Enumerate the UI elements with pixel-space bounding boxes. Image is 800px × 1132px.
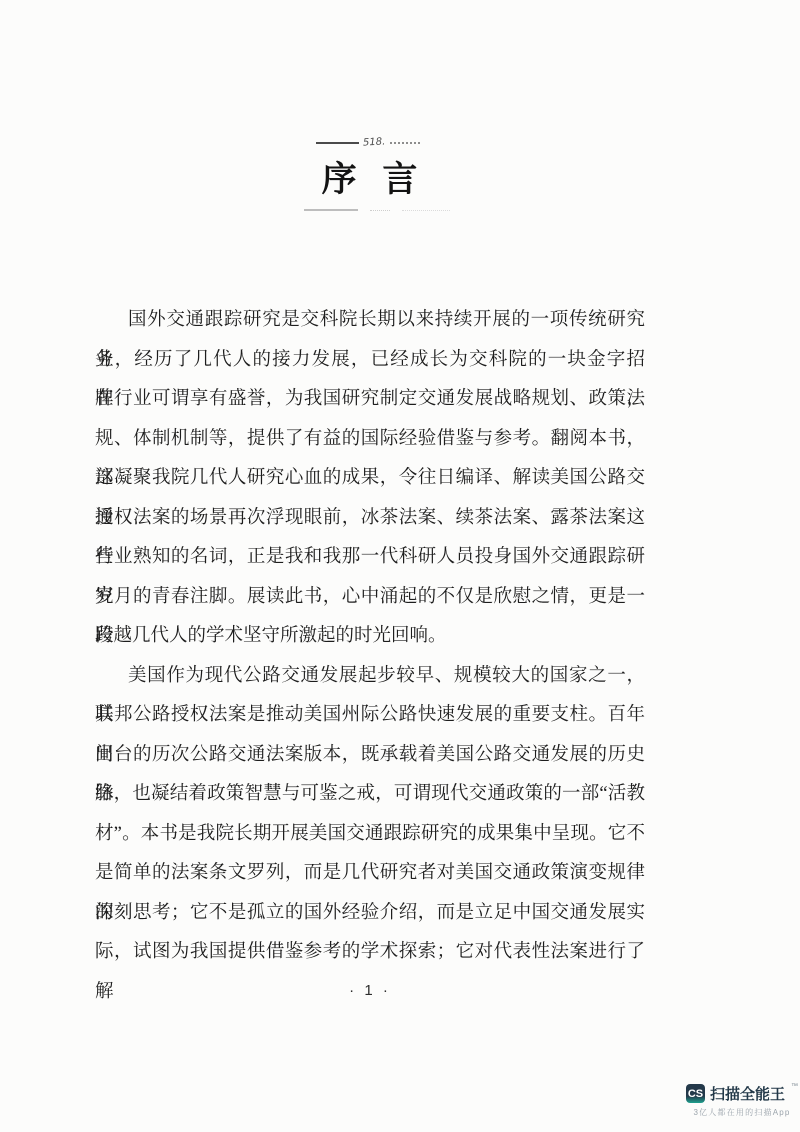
text-line: 授权法案的场景再次浮现眼前，冰茶法案、续茶法案、露茶法案这些 — [95, 499, 645, 539]
text-line: 务，经历了几代人的接力发展，已经成长为交科院的一块金字招牌， — [95, 341, 645, 381]
page-number: · 1 · — [0, 982, 740, 999]
rule-dots-fainter — [402, 210, 450, 211]
rule-dots-faint — [370, 210, 390, 211]
rule-dash-faint — [304, 209, 358, 211]
rule-dots — [390, 142, 420, 144]
text-line: 是简单的法案条文罗列，而是几代研究者对美国交通政策演变规律的 — [95, 854, 645, 894]
text-line: 美国作为现代公路交通发展起步较早、规模较大的国家之一，其 — [95, 657, 645, 697]
trademark-symbol: ™ — [791, 1083, 798, 1090]
preface-body: 国外交通跟踪研究是交科院长期以来持续开展的一项传统研究业 务，经历了几代人的接力… — [95, 301, 645, 973]
text-line: 部凝聚我院几代人研究心血的成果，令往日编译、解读美国公路交通 — [95, 459, 645, 499]
text-line: 出台的历次公路交通法案版本，既承载着美国公路交通发展的历史脉 — [95, 736, 645, 776]
text-line: 络，也凝结着政策智慧与可鉴之戒，可谓现代交通政策的一部“活教 — [95, 775, 645, 815]
text-line: 规、体制机制等，提供了有益的国际经验借鉴与参考。翻阅本书，这 — [95, 420, 645, 460]
text-line: 深刻思考；它不是孤立的国外经验介绍，而是立足中国交通发展实 — [95, 894, 645, 934]
camscanner-tagline: 3亿人都在用的扫描App — [686, 1107, 798, 1118]
page-title: 序 言 — [0, 152, 740, 202]
rule-dash — [316, 142, 359, 144]
text-line: 国外交通跟踪研究是交科院长期以来持续开展的一项传统研究业 — [95, 301, 645, 341]
camscanner-logo-row: CS 扫描全能王 ™ — [686, 1083, 798, 1104]
text-line: 材”。本书是我院长期开展美国交通跟踪研究的成果集中呈现。它不 — [95, 815, 645, 855]
decorative-rule-top: 518. — [316, 137, 420, 148]
text-line: 跨越几代人的学术坚守所激起的时光回响。 — [95, 617, 645, 657]
text-line: 联邦公路授权法案是推动美国州际公路快速发展的重要支柱。百年间 — [95, 696, 645, 736]
scanned-preface-page: 518. 序 言 国外交通跟踪研究是交科院长期以来持续开展的一项传统研究业 务，… — [0, 0, 800, 1132]
paragraph-1: 国外交通跟踪研究是交科院长期以来持续开展的一项传统研究业 务，经历了几代人的接力… — [95, 301, 645, 657]
text-line: 岁月的青春注脚。展读此书，心中涌起的不仅是欣慰之情，更是一段 — [95, 578, 645, 618]
decorative-rule-bottom — [304, 209, 450, 211]
handwritten-mark: 518. — [363, 136, 386, 148]
text-line: 行业熟知的名词，正是我和我那一代科研人员投身国外交通跟踪研究 — [95, 538, 645, 578]
text-line: 际，试图为我国提供借鉴参考的学术探索；它对代表性法案进行了解 — [95, 933, 645, 973]
paragraph-2: 美国作为现代公路交通发展起步较早、规模较大的国家之一，其 联邦公路授权法案是推动… — [95, 657, 645, 973]
camscanner-watermark: CS 扫描全能王 ™ 3亿人都在用的扫描App — [686, 1083, 798, 1118]
camscanner-app-icon: CS — [686, 1084, 705, 1103]
camscanner-app-name: 扫描全能王 — [710, 1083, 785, 1104]
text-line: 在行业可谓享有盛誉，为我国研究制定交通发展战略规划、政策法 — [95, 380, 645, 420]
